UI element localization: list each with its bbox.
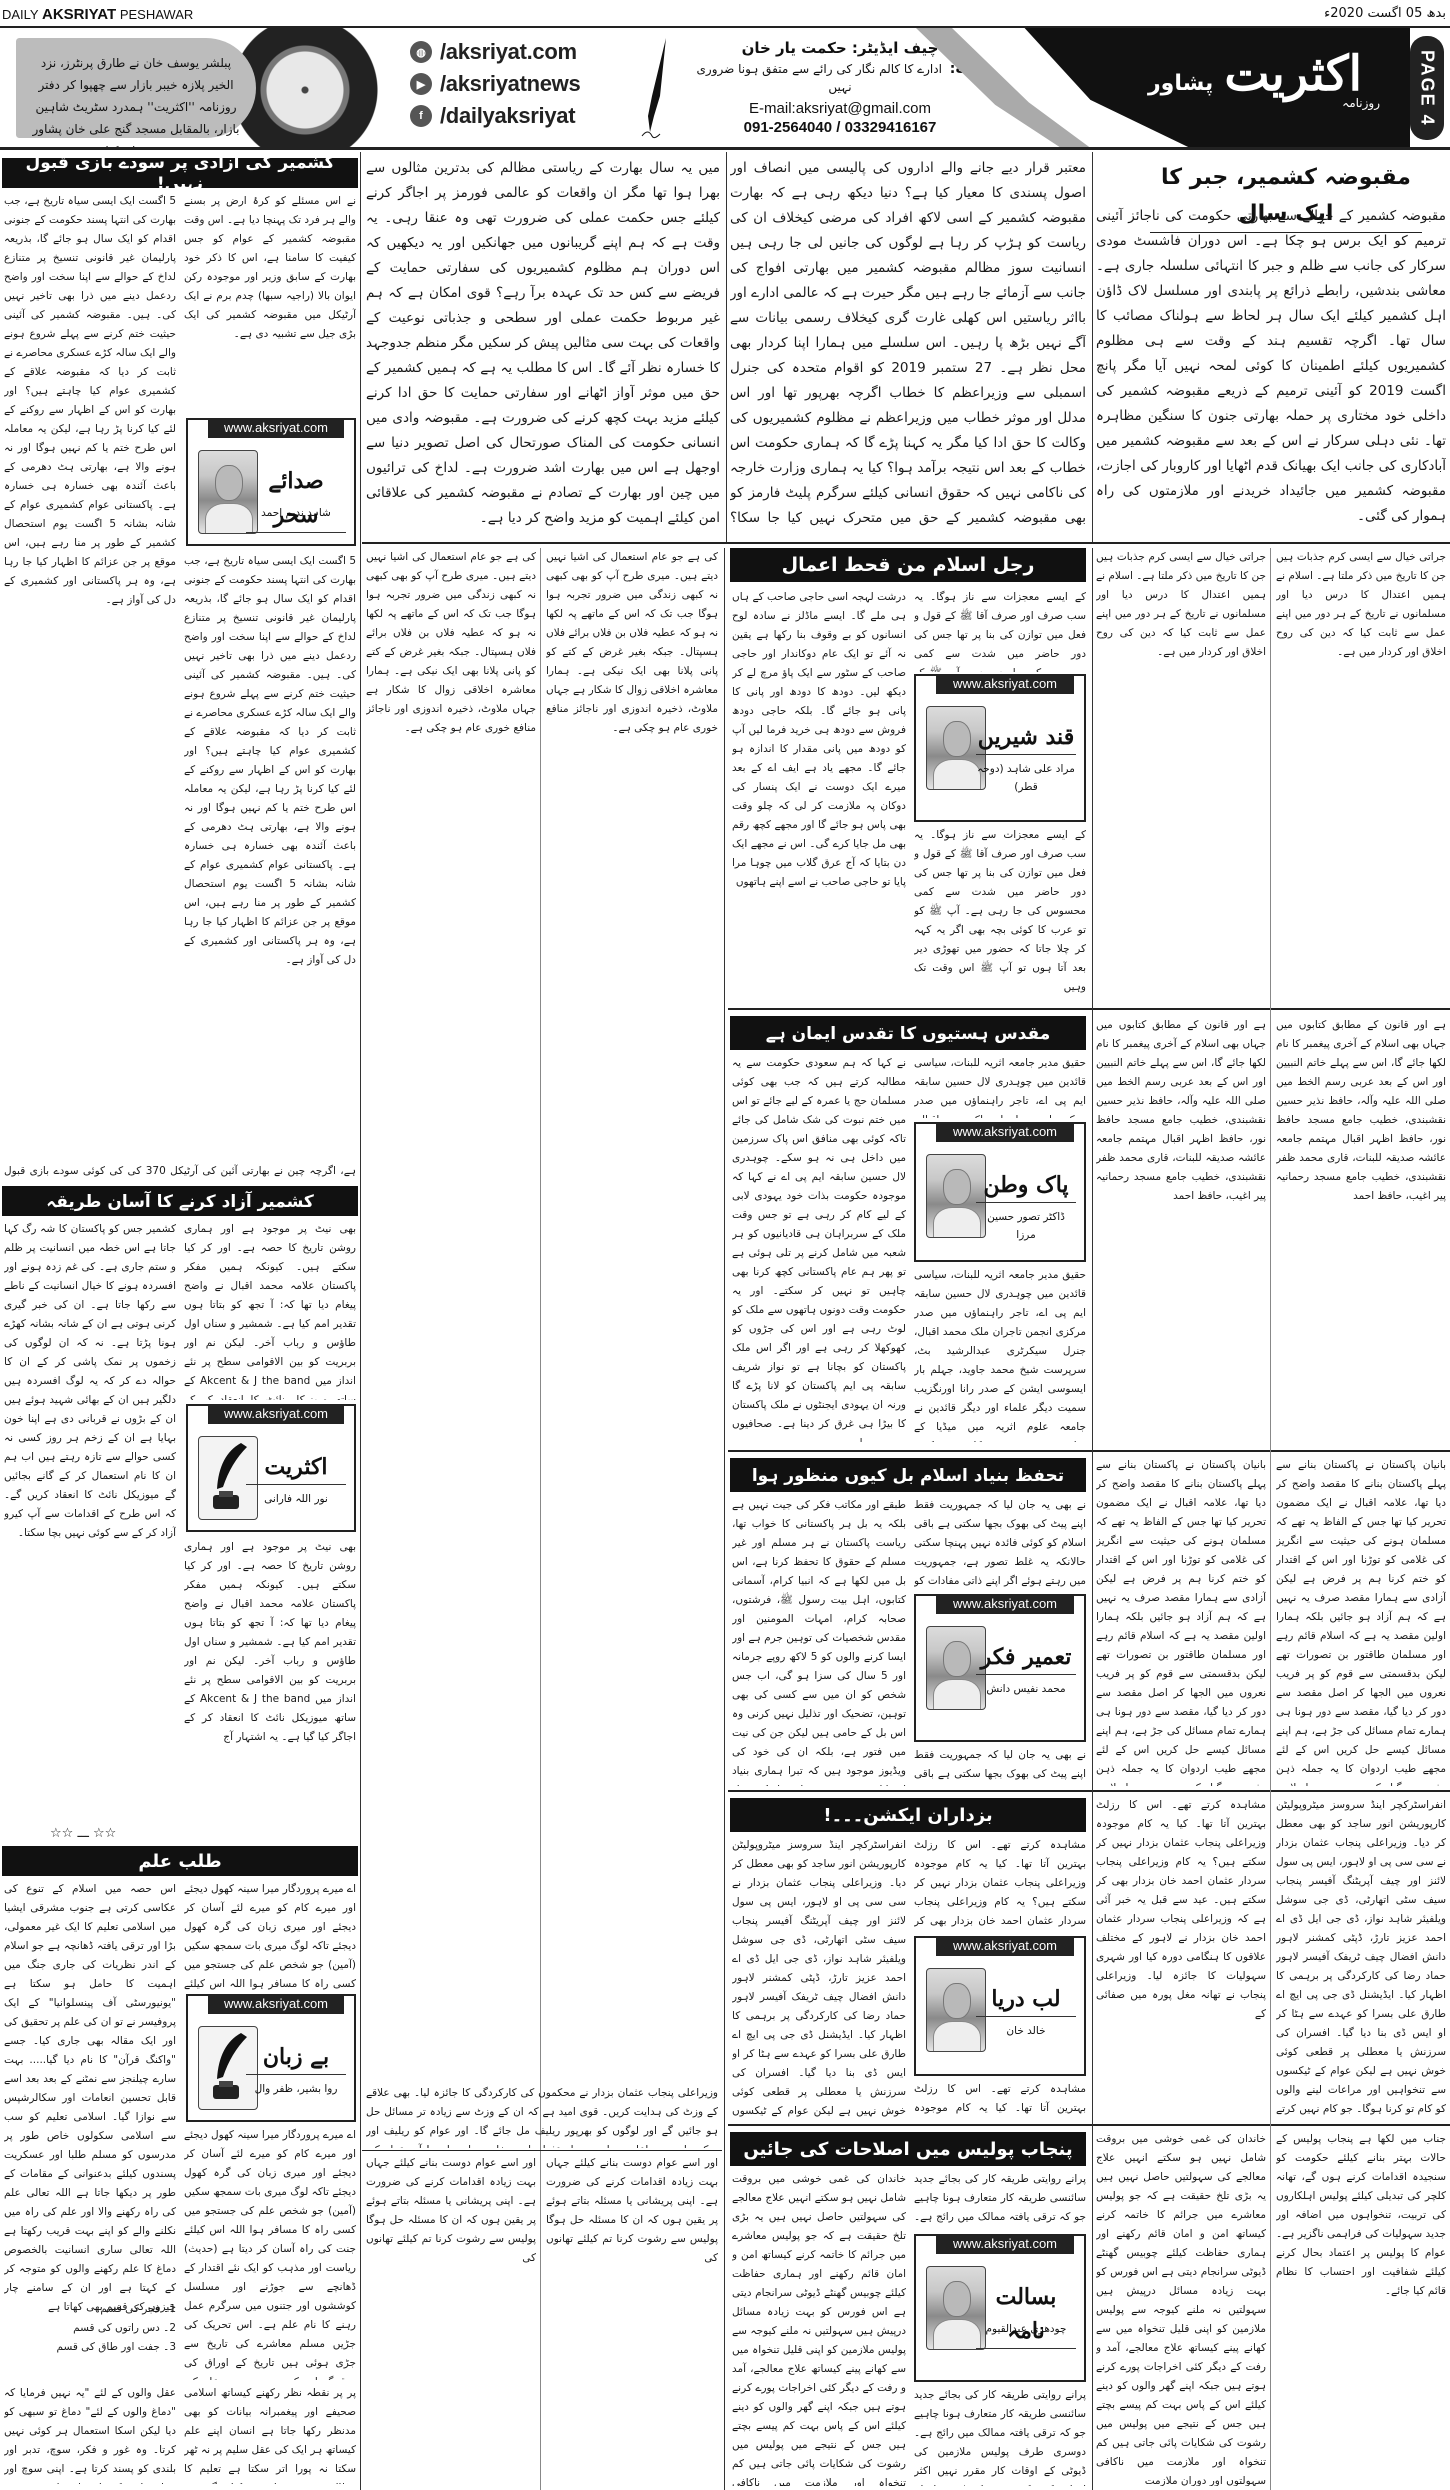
- section-rule: [728, 2124, 1450, 2126]
- columnist-card-basalat-nama: www.aksriyat.com بسالت نامہ چودھری عبدال…: [914, 2234, 1086, 2382]
- column-name: صدائے سحر: [246, 464, 346, 533]
- editorial-note: نوٹ: ادارے کا کالم نگار کی رائے سے متفق …: [690, 60, 990, 96]
- column-name: بسالت نامہ: [976, 2280, 1076, 2349]
- contact-email[interactable]: E-mail:aksriyat@gmail.com: [690, 99, 990, 118]
- column-divider: [1092, 548, 1093, 2490]
- list-item: 3۔ جفت اور طاق کی قسم: [4, 2338, 176, 2357]
- article-body-kashmir-bargain-left: 5 اگست ایک ایسی سیاہ تاریخ ہے، جب بھارت …: [4, 192, 176, 1162]
- column-name: لب دریا: [976, 1982, 1076, 2017]
- publisher-imprint: پبلشر یوسف خان نے طارق پرنٹرز، نزد الخیر…: [16, 38, 256, 138]
- column-name: پاک وطن: [976, 1168, 1076, 1203]
- middle-article-closing: وزیراعلی پنجاب عثمان بزدار نے محکموں کی …: [366, 2084, 718, 2148]
- website-url-label: www.aksriyat.com: [208, 1994, 344, 2014]
- masthead: پبلشر یوسف خان نے طارق پرنٹرز، نزد الخیر…: [0, 26, 1450, 150]
- paper-name-bold: AKSRIYAT: [42, 6, 116, 23]
- article-body-talab-e-ilm-left: اس حصہ میں اسلام کے تنوع کی عکاسی کرتی ہ…: [4, 1880, 176, 2350]
- logo-main-text: اکثریت: [1224, 46, 1362, 102]
- columnist-name: خالد خان: [976, 2022, 1076, 2040]
- issue-date: بدھ 05 اگست 2020ء: [1324, 6, 1446, 21]
- article-headline-punjab-police: پنجاب پولیس میں اصلاحات کی جائیں: [730, 2132, 1086, 2166]
- website-url-label: www.aksriyat.com: [208, 418, 344, 438]
- globe-icon: ◍: [410, 41, 432, 63]
- logo-city-text: پشاور: [1148, 71, 1213, 96]
- columnist-name: مراد علی شاہد (دوحہ قطر): [976, 760, 1076, 796]
- youtube-icon: ▶: [410, 73, 432, 95]
- social-link-text: /aksriyat.com: [440, 39, 577, 65]
- list-item: 2۔ دس راتوں کی قسم: [4, 2319, 176, 2338]
- section-rule: [728, 1450, 1450, 1452]
- article-headline-kashmir-bargain: کشمیر کی آزادی پر سودے بازی قبول نہیں!: [2, 158, 358, 188]
- article-headline-talab-e-ilm: طلب علم: [2, 1846, 358, 1876]
- columnist-name: ڈاکٹر تصور حسین مرزا: [976, 1208, 1076, 1244]
- article-body-talab-e-ilm-left-end: عقل والوں کے لئے "یہ نہیں فرمایا کہ "دما…: [4, 2384, 176, 2484]
- article-body-tahaffuz-left: طبقے اور مکاتب فکر کی جیت نہیں ہے بلکہ ی…: [732, 1496, 906, 1786]
- article-body-punjab-police-right-cont: پرانے روایتی طریقہ کار کی بجائے جدید سائ…: [914, 2386, 1086, 2486]
- editorial-body-col2: معتبر قرار دیے جانے والے اداروں کی پالیس…: [730, 156, 1086, 536]
- article-body-rajul-islam-right: کے ایسے معجزات سے ناز ہوگا۔ یہ سب صرف او…: [914, 588, 1086, 672]
- column-name: تعمیر فکر: [976, 1640, 1076, 1675]
- article-body-punjab-police-right: پرانے روایتی طریقہ کار کی بجائے جدید سائ…: [914, 2170, 1086, 2230]
- columnist-card-lab-e-darya: www.aksriyat.com لب دریا خالد خان: [914, 1936, 1086, 2076]
- far-right-body-a-right: جراتی خیال سے ایسی کرم جذبات ہیں جن کا ت…: [1276, 548, 1446, 1000]
- section-end-stars: ☆☆ ـــ ☆☆: [50, 1826, 116, 1841]
- website-url-label: www.aksriyat.com: [208, 1404, 344, 1424]
- article-body-free-kashmir-right: بھی نیٹ پر موجود ہے اور ہماری روشن تاریخ…: [184, 1220, 356, 1400]
- fountain-pen-icon: [640, 36, 670, 141]
- social-link-facebook[interactable]: f /dailyaksriyat: [410, 100, 610, 132]
- far-right-body-d-left: مشاہدہ کرتے تھے۔ اس کا رزلٹ بہترین آتا ت…: [1096, 1796, 1266, 2120]
- columnist-card-aksriyat: www.aksriyat.com اکثریت نور اللہ فارانی: [186, 1404, 356, 1532]
- columnist-name: روا بشیر، ظفر وال: [246, 2080, 346, 2098]
- article-body-kashmir-bargain-right: نے اس مسئلے کو کرۂ ارض پر بسنے والے ہر ف…: [184, 192, 356, 412]
- article-headline-rajul-islam: رجل اسلام من قحط اعمال: [730, 548, 1086, 582]
- article-headline-muqaddas-hastiyan: مقدس ہستیوں کا تقدس ایمان ہے: [730, 1016, 1086, 1050]
- far-right-body-e-right: جناب میں لکھا ہے پنجاب پولیس کے حالات بہ…: [1276, 2130, 1446, 2486]
- column-divider: [1270, 548, 1271, 2490]
- columnist-card-sada-e-sehar: www.aksriyat.com صدائے سحر شاہد ندیم احم…: [186, 418, 356, 546]
- article-body-talab-e-ilm-right: اے میرے پروردگار میرا سینہ کھول دیجئے او…: [184, 1880, 356, 1990]
- columnist-card-tameer-e-fikr: www.aksriyat.com تعمیر فکر محمد نفیس دان…: [914, 1594, 1086, 1742]
- column-name: اکثریت: [246, 1450, 346, 1485]
- columnist-name: نور اللہ فارانی: [246, 1490, 346, 1508]
- article-body-rajul-islam-left: درشت لہجہ اسی حاجی صاحب کے ہاں ہی ملے گا…: [732, 588, 906, 1002]
- numbered-list: 1۔ فجر کی قسم 2۔ دس راتوں کی قسم 3۔ جفت …: [4, 2300, 176, 2360]
- website-url-label: www.aksriyat.com: [936, 674, 1074, 694]
- article-body-free-kashmir-right-cont: بھی نیٹ پر موجود ہے اور ہماری روشن تاریخ…: [184, 1538, 356, 1828]
- columnist-card-qand-e-shireen: www.aksriyat.com قند شیریں مراد علی شاہد…: [914, 674, 1086, 822]
- columnist-name: شاہد ندیم احمد: [246, 504, 346, 522]
- far-right-body-b-right: ہے اور قانون کے مطابق کتابوں میں جہاں بھ…: [1276, 1016, 1446, 1446]
- paper-name-suffix: PESHAWAR: [120, 7, 193, 22]
- article-body-rajul-islam-right-cont: کے ایسے معجزات سے ناز ہوگا۔ یہ سب صرف او…: [914, 826, 1086, 1002]
- editorial-body-col1: مقبوضہ کشمیر کے حوالے سے بھارتی حکومت کی…: [1096, 204, 1446, 530]
- column-divider: [724, 548, 725, 2490]
- far-right-body-d-right: انفراسٹرکچر اینڈ سروسز میٹروپولیٹن کارپو…: [1276, 1796, 1446, 2120]
- middle-lower-body-left: اور اسے عوام دوست بنانے کیلئے جہاں بہت ز…: [366, 2154, 536, 2484]
- article-headline-tahaffuz-bill: تحفظ بنیاد اسلام بل کیوں منظور ہوا: [730, 1458, 1086, 1492]
- article-body-buzdaran-right: مشاہدہ کرتے تھے۔ اس کا رزلٹ بہترین آتا ت…: [914, 1836, 1086, 1932]
- section-rule: [728, 1790, 1450, 1792]
- editorial-col3-text: میں یہ سال بھارت کے ریاستی مظالم کی بدتر…: [366, 160, 720, 476]
- logo-subtitle: روزنامہ: [1342, 96, 1380, 110]
- paper-name-prefix: DAILY: [2, 7, 38, 22]
- article-body-muqaddas-right-cont: حقیق مدیر جامعہ اثریہ للبنات، سیاسی قائد…: [914, 1266, 1086, 1442]
- newspaper-logo: اکثریت پشاور روزنامہ: [1130, 42, 1380, 106]
- columnist-name: چودھری عبدالقیوم: [976, 2320, 1076, 2338]
- article-body-muqaddas-left: نے کہا کہ ہم سعودی حکومت سے یہ مطالبہ کر…: [732, 1054, 906, 1442]
- article-body-punjab-police-left: خاندان کی غمی خوشی میں بروقت شامل نہیں ہ…: [732, 2170, 906, 2486]
- far-right-body-a-left: جراتی خیال سے ایسی کرم جذبات ہیں جن کا ت…: [1096, 548, 1266, 1000]
- article-body-muqaddas-right: حقیق مدیر جامعہ اثریہ للبنات، سیاسی قائد…: [914, 1054, 1086, 1118]
- editorial-col2-text: معتبر قرار دیے جانے والے اداروں کی پالیس…: [730, 160, 1086, 476]
- columnist-card-pak-watan: www.aksriyat.com پاک وطن ڈاکٹر تصور حسین…: [914, 1122, 1086, 1262]
- top-strip: DAILY AKSRIYAT PESHAWAR بدھ 05 اگست 2020…: [0, 0, 1450, 26]
- article-headline-buzdaran-action: بزداران ایکشن۔۔۔!: [730, 1798, 1086, 1832]
- note-text: ادارے کا کالم نگار کی رائے سے متفق ہونا …: [697, 62, 942, 94]
- social-link-website[interactable]: ◍ /aksriyat.com: [410, 36, 610, 68]
- article-body-buzdaran-left: انفراسٹرکچر اینڈ سروسز میٹروپولیٹن کارپو…: [732, 1836, 906, 2120]
- article-body-tahaffuz-right-cont: نے بھی یہ جان لیا کہ جمہوریت فقط اپنے پی…: [914, 1746, 1086, 1786]
- column-divider: [726, 152, 727, 542]
- editorial-bottom-rule: [362, 542, 1450, 544]
- article-body-free-kashmir-left: کشمیر جس کو پاکستان کا شہ رگ کہا جاتا ہے…: [4, 1220, 176, 1820]
- list-item: 1۔ فجر کی قسم: [4, 2300, 176, 2319]
- social-link-text: /dailyaksriyat: [440, 103, 575, 129]
- column-name: بے زبان: [246, 2040, 346, 2075]
- far-right-body-c-right: بانیان پاکستان نے پاکستان بنانے سے پہلے …: [1276, 1456, 1446, 1786]
- middle-article-body-right: کی ہے جو عام استعمال کی اشیا نہیں دیتے ہ…: [546, 548, 718, 2078]
- column-name: قند شیریں: [976, 720, 1076, 755]
- article-closing-line: ہے، اگرچہ چین نے بھارتی آئین کی آرٹیکل 3…: [4, 1162, 356, 1182]
- middle-lower-body-right: اور اسے عوام دوست بنانے کیلئے جہاں بہت ز…: [546, 2154, 718, 2484]
- page-number-tab: PAGE 4: [1410, 36, 1444, 140]
- website-url-label: www.aksriyat.com: [936, 1594, 1074, 1614]
- website-url-label: www.aksriyat.com: [936, 1122, 1074, 1142]
- section-rule: [728, 1008, 1450, 1010]
- article-body-talab-e-ilm-right-cont: اے میرے پروردگار میرا سینہ کھول دیجئے او…: [184, 2126, 356, 2380]
- website-url-label: www.aksriyat.com: [936, 1936, 1074, 1956]
- article-body-kashmir-bargain-right-cont: 5 اگست ایک ایسی سیاہ تاریخ ہے، جب بھارت …: [184, 552, 356, 1162]
- middle-article-body-left: کی ہے جو عام استعمال کی اشیا نہیں دیتے ہ…: [366, 548, 536, 2078]
- article-body-tahaffuz-right: نے بھی یہ جان لیا کہ جمہوریت فقط اپنے پی…: [914, 1496, 1086, 1590]
- far-right-body-b-left: ہے اور قانون کے مطابق کتابوں میں جہاں بھ…: [1096, 1016, 1266, 1446]
- section-rule: [362, 2150, 722, 2151]
- website-url-label: www.aksriyat.com: [936, 2234, 1074, 2254]
- facebook-icon: f: [410, 105, 432, 127]
- paper-name: DAILY AKSRIYAT PESHAWAR: [2, 6, 193, 23]
- social-link-text: /aksriyatnews: [440, 71, 580, 97]
- article-headline-free-kashmir: کشمیر آزاد کرنے کا آسان طریقہ: [2, 1186, 358, 1216]
- article-body-buzdaran-right-cont: مشاہدہ کرتے تھے۔ اس کا رزلٹ بہترین آتا ت…: [914, 2080, 1086, 2120]
- far-right-body-c-left: بانیان پاکستان نے پاکستان بنانے سے پہلے …: [1096, 1456, 1266, 1786]
- editorial-body-col3: میں یہ سال بھارت کے ریاستی مظالم کی بدتر…: [366, 156, 720, 536]
- social-link-youtube[interactable]: ▶ /aksriyatnews: [410, 68, 610, 100]
- contact-phone: 091-2564040 / 03329416167: [690, 118, 990, 137]
- column-divider: [1092, 152, 1093, 542]
- far-right-body-e-left: خاندان کی غمی خوشی میں بروقت شامل نہیں ہ…: [1096, 2130, 1266, 2486]
- columnist-card-be-zaban: www.aksriyat.com بے زبان روا بشیر، ظفر و…: [186, 1994, 356, 2122]
- column-divider: [540, 548, 541, 2490]
- column-divider: [360, 152, 361, 2490]
- columnist-name: محمد نفیس دانش: [976, 1680, 1076, 1698]
- social-links: ◍ /aksriyat.com ▶ /aksriyatnews f /daily…: [410, 36, 610, 132]
- article-body-talab-e-ilm-right-end: پر پر نقطہ نظر رکھنے کیساتھ اسلامی صحیفے…: [184, 2384, 356, 2484]
